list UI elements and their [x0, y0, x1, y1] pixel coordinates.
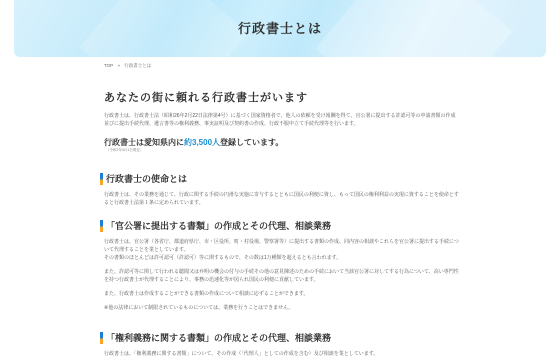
breadcrumb-top-link[interactable]: TOP — [104, 63, 113, 68]
registered-count-statement: 行政書士は愛知県内に約3,500人登録しています。 — [104, 137, 283, 148]
breadcrumb-separator: » — [117, 63, 120, 68]
registered-count: 約3,500人 — [184, 138, 220, 147]
page-banner: 行政書士とは — [14, 0, 546, 57]
heading-accent-bar — [100, 220, 103, 232]
section-title: 「官公署に提出する書類」の作成とその代理、相談業務 — [106, 220, 331, 232]
intro-paragraph: 行政書士は、行政書士法（昭和26年2月22日法律第4号）に基づく国家資格者で、他… — [104, 112, 460, 128]
section-paragraph: 行政書士は、その業務を通じて、行政に関する手続の円滑な実施に寄与するとともに国民… — [104, 191, 460, 207]
section-paragraph: 行政書士は、「権利義務に関する書類」について、その作成（「代理人」としての作成を… — [104, 350, 460, 358]
section-paragraph: 行政書士は、官公署（各省庁、都道府県庁、市・区役所、町・村役場、警察署等）に提出… — [104, 238, 460, 254]
registered-date-note: （令和7年4月1日現在） — [106, 148, 143, 153]
section-paragraph: また、行政書士は作成することができる書類の作成について相談に応ずることができます… — [104, 290, 460, 298]
breadcrumb-current: 行政書士とは — [124, 63, 151, 68]
breadcrumb: TOP » 行政書士とは — [104, 63, 154, 69]
section-paragraph: また、許認可等に関して行われる聴聞又は弁明の機会の付与の手続その他の意見陳述のた… — [104, 268, 460, 284]
section-title: 行政書士の使命とは — [106, 173, 187, 185]
section-note: ※他の法律において制限されているものについては、業務を行うことはできません。 — [104, 304, 460, 312]
page-title: 行政書士とは — [14, 18, 546, 37]
section-paragraph: その書類のほとんどは許可認可（許認可）等に関するもので、その数は1万種類を超える… — [104, 254, 460, 262]
intro-heading: あなたの街に頼れる行政書士がいます — [104, 89, 308, 105]
registered-prefix: 行政書士は愛知県内に — [104, 138, 184, 147]
heading-accent-bar — [100, 332, 103, 344]
heading-accent-bar — [100, 173, 103, 185]
section-title: 「権利義務に関する書類」の作成とその代理、相談業務 — [106, 332, 331, 344]
registered-suffix: 登録しています。 — [220, 138, 283, 147]
